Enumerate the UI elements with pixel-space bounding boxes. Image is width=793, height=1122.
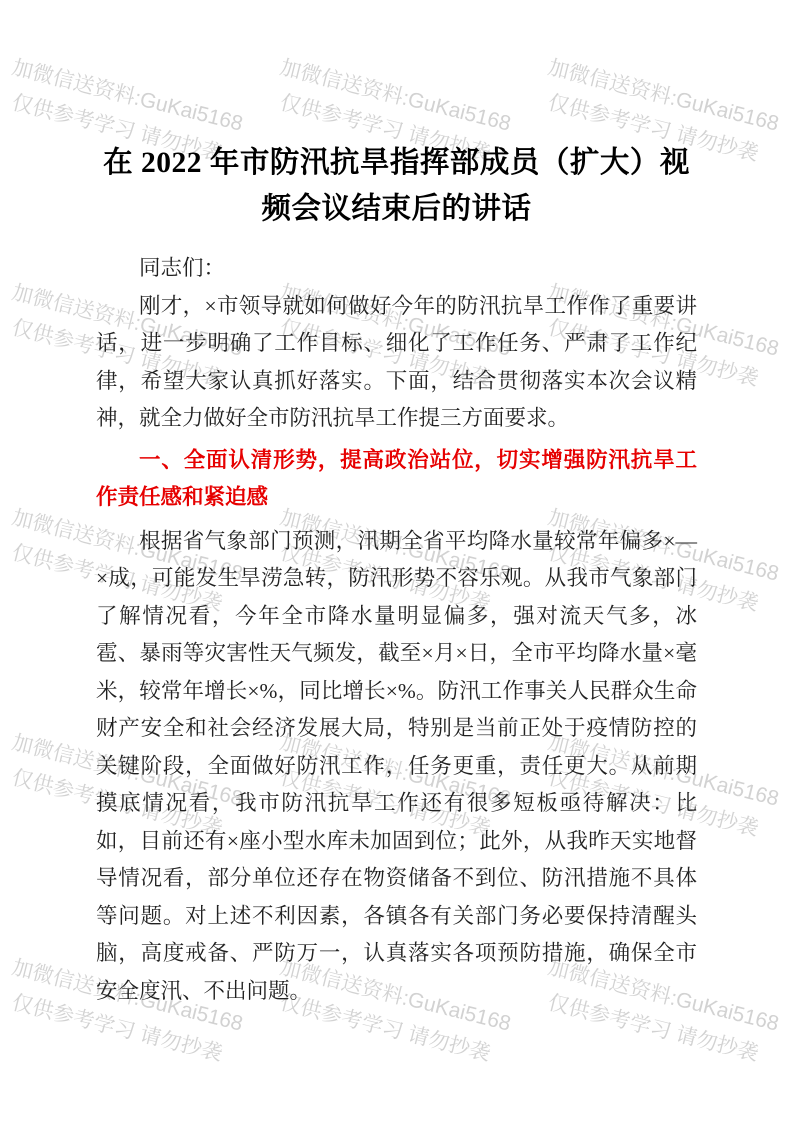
document-content: 在 2022 年市防汛抗旱指挥部成员（扩大）视频会议结束后的讲话 同志们：刚才，… [0, 0, 793, 1122]
section-heading: 一、全面认清形势，提高政治站位，切实增强防汛抗旱工作责任感和紧迫感 [96, 442, 697, 517]
document-title: 在 2022 年市防汛抗旱指挥部成员（扩大）视频会议结束后的讲话 [97, 140, 697, 232]
document-page: 加微信送资料:GuKai5168仅供参考学习 请勿抄袭加微信送资料:GuKai5… [0, 0, 793, 1122]
document-body: 同志们：刚才，×市领导就如何做好今年的防汛抗旱工作作了重要讲话，进一步明确了工作… [96, 250, 697, 1010]
paragraph: 刚才，×市领导就如何做好今年的防汛抗旱工作作了重要讲话，进一步明确了工作目标、细… [96, 288, 697, 438]
paragraph: 同志们： [96, 250, 697, 288]
paragraph: 根据省气象部门预测，汛期全省平均降水量较常年偏多×—×成，可能发生旱涝急转，防汛… [96, 523, 697, 1011]
